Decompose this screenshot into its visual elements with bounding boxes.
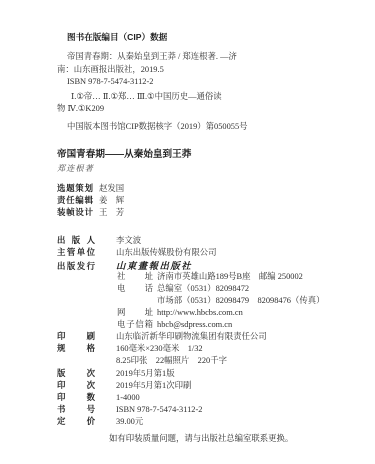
pub-value email-address: hbcb@sdpress.com.cn [157, 320, 232, 329]
pub-label: 印次 [57, 379, 95, 391]
credit-value: 王 芳 [99, 206, 124, 218]
cip-entry-line2: 南：山东画报出版社，2019.5 [57, 64, 329, 76]
credit-row-planning: 选题策划 赵发国 [57, 182, 329, 194]
pub-row-supervisor: 主管单位 山东出版传媒股份有限公司 [57, 246, 329, 258]
pub-value: 李文波 [116, 234, 141, 246]
pub-value: 山东出版传媒股份有限公司 [116, 246, 217, 258]
pub-value: 市场部（0531）82098479 82098476（传真） [157, 294, 325, 306]
pub-label: 规格 [57, 342, 95, 354]
pub-sublabel: 社址 [117, 270, 153, 282]
pub-label: 书号 [57, 403, 95, 415]
pub-row-phone: 电话 总编室（0531）82098472 [57, 282, 329, 294]
pub-row-printer: 印刷 山东临沂新华印刷物流集团有限责任公司 [57, 330, 329, 342]
pub-label: 版次 [57, 367, 95, 379]
pub-value: 39.00元 [116, 415, 143, 427]
quality-note: 如有印装质量问题，请与出版社总编室联系更换。 [57, 432, 375, 444]
pub-row-format-cont: 8.25印张 22幅照片 220千字 [57, 354, 329, 366]
cip-block: 图书在版编目（CIP）数据 帝国青春期：从秦始皇到王莽 / 郑连根著. —济 南… [57, 31, 329, 133]
cip-record-line: 中国版本图书馆CIP数据核字（2019）第050055号 [67, 121, 329, 133]
pub-row-publisher: 出版发行 山東畫報出版社 [57, 258, 329, 270]
cip-classification-line1: Ⅰ.①帝… Ⅱ.①郑… Ⅲ.①中国历史—通俗读 [71, 91, 329, 103]
credit-label: 装帧设计 [57, 206, 93, 218]
pub-value: 2019年5月第1次印刷 [116, 379, 191, 391]
pub-row-format: 规格 160毫米×230毫米 1/32 [57, 342, 329, 354]
cip-heading: 图书在版编目（CIP）数据 [67, 31, 329, 43]
cip-isbn-line: ISBN 978-7-5474-3112-2 [67, 76, 329, 88]
cip-classification-line2: 物 Ⅳ.①K209 [57, 103, 329, 115]
pub-value: 2019年5月第1版 [116, 367, 175, 379]
pub-row-impression: 印次 2019年5月第1次印刷 [57, 379, 329, 391]
pub-value: 总编室（0531）82098472 [157, 282, 249, 294]
pub-value: 160毫米×230毫米 1/32 [116, 342, 203, 354]
pub-label: 出版人 [57, 234, 95, 246]
pub-value: 8.25印张 22幅照片 220千字 [116, 354, 227, 366]
credit-label: 选题策划 [57, 182, 93, 194]
pub-sublabel: 电子信箱 [117, 318, 153, 330]
pub-value: 1-4000 [116, 393, 140, 402]
pub-row-phone-cont: 市场部（0531）82098479 82098476（传真） [57, 294, 329, 306]
copyright-page: 图书在版编目（CIP）数据 帝国青春期：从秦始皇到王莽 / 郑连根著. —济 南… [0, 0, 375, 464]
pub-row-address: 社址 济南市英雄山路189号B座 邮编 250002 [57, 270, 329, 282]
credit-row-editor: 责任编辑 姜 辉 [57, 194, 329, 206]
credits-block: 选题策划 赵发国 责任编辑 姜 辉 装帧设计 王 芳 [57, 182, 329, 219]
title-block: 帝国青春期——从秦始皇到王莽 郑连根著 [57, 146, 329, 174]
pub-value website-url: http://www.hbcbs.com.cn [157, 308, 243, 317]
pub-value: 山东临沂新华印刷物流集团有限责任公司 [116, 330, 267, 342]
publishing-block: 出版人 李文波 主管单位 山东出版传媒股份有限公司 出版发行 山東畫報出版社 社… [57, 234, 329, 427]
credit-value: 姜 辉 [99, 194, 124, 206]
pub-row-print-run: 印数 1-4000 [57, 391, 329, 403]
cip-entry-line1: 帝国青春期：从秦始皇到王莽 / 郑连根著. —济 [67, 51, 329, 63]
pub-sublabel: 网址 [117, 306, 153, 318]
pub-row-price: 定价 39.00元 [57, 415, 329, 427]
credit-label: 责任编辑 [57, 194, 93, 206]
pub-label: 印刷 [57, 330, 95, 342]
pub-sublabel: 电话 [117, 282, 153, 294]
pub-row-publisher-person: 出版人 李文波 [57, 234, 329, 246]
pub-value: ISBN 978-7-5474-3112-2 [116, 405, 202, 414]
pub-label: 主管单位 [57, 246, 95, 258]
credit-row-designer: 装帧设计 王 芳 [57, 206, 329, 218]
pub-label: 出版发行 [57, 260, 95, 272]
credit-value: 赵发国 [99, 182, 124, 194]
pub-row-website: 网址 http://www.hbcbs.com.cn [57, 306, 329, 318]
pub-row-edition: 版次 2019年5月第1版 [57, 367, 329, 379]
pub-label: 印数 [57, 391, 95, 403]
pub-row-isbn: 书号 ISBN 978-7-5474-3112-2 [57, 403, 329, 415]
book-author: 郑连根著 [57, 163, 329, 174]
book-title: 帝国青春期——从秦始皇到王莽 [57, 146, 329, 160]
pub-label: 定价 [57, 415, 95, 427]
pub-row-email: 电子信箱 hbcb@sdpress.com.cn [57, 318, 329, 330]
pub-value: 济南市英雄山路189号B座 邮编 250002 [157, 270, 303, 282]
